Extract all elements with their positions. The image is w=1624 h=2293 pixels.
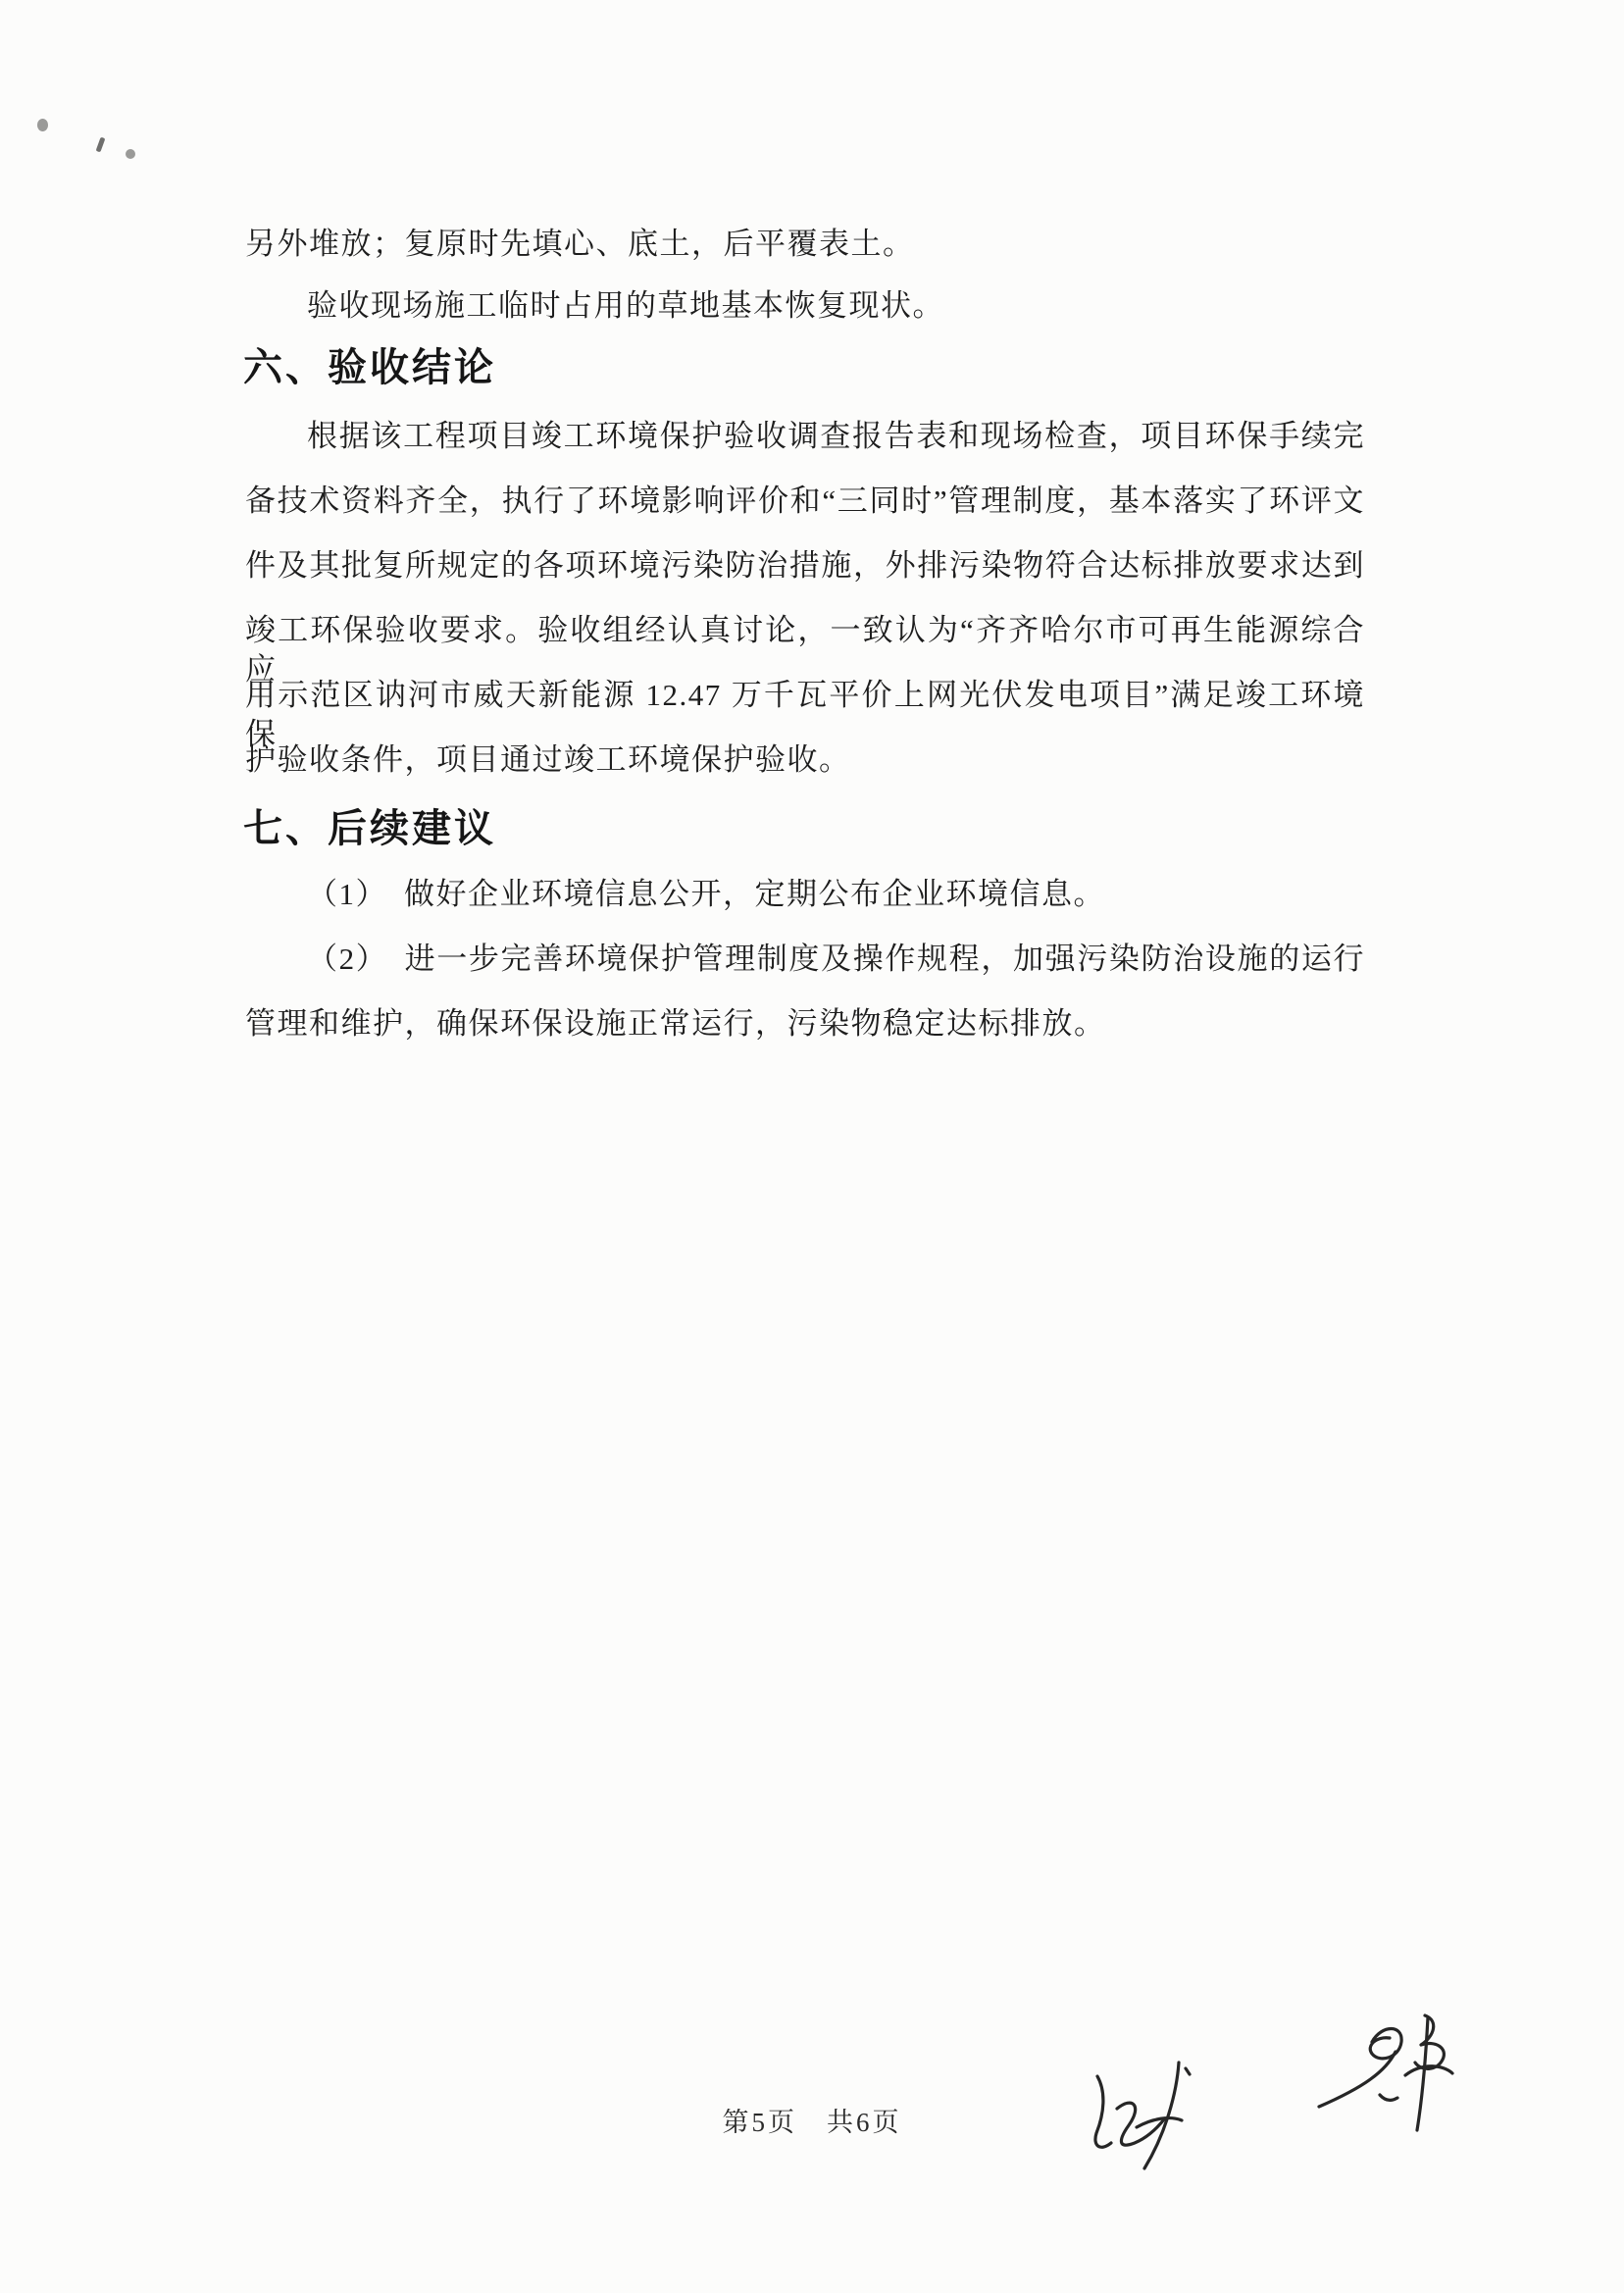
body-line: 另外堆放；复原时先填心、底土，后平覆表土。: [245, 225, 1365, 264]
body-line: 管理和维护，确保环保设施正常运行，污染物稳定达标排放。: [245, 1004, 1365, 1044]
scan-artifact: [126, 149, 135, 159]
body-line: 验收现场施工临时占用的草地基本恢复现状。: [245, 286, 1365, 326]
body-line: 根据该工程项目竣工环境保护验收调查报告表和现场检查，项目环保手续完: [245, 417, 1365, 456]
signature-left: [1082, 2055, 1209, 2202]
signature-right: [1309, 2011, 1461, 2143]
body-line: 护验收条件，项目通过竣工环境保护验收。: [245, 740, 1365, 780]
handwritten-signature-icon: [1082, 2055, 1209, 2202]
scan-artifact: [37, 119, 48, 131]
list-item: （1） 做好企业环境信息公开，定期公布企业环境信息。: [245, 875, 1365, 914]
body-line: 件及其批复所规定的各项环境污染防治措施，外排污染物符合达标排放要求达到: [245, 546, 1365, 586]
list-item: （2） 进一步完善环境保护管理制度及操作规程，加强污染防治设施的运行: [245, 940, 1365, 979]
body-line: 备技术资料齐全，执行了环境影响评价和“三同时”管理制度，基本落实了环评文: [245, 482, 1365, 521]
scan-artifact: [96, 137, 106, 153]
document-page: 另外堆放；复原时先填心、底土，后平覆表土。 验收现场施工临时占用的草地基本恢复现…: [0, 0, 1624, 2293]
handwritten-signature-icon: [1309, 2011, 1461, 2143]
section-heading-6: 六、验收结论: [243, 345, 496, 390]
section-heading-7: 七、后续建议: [243, 806, 496, 851]
